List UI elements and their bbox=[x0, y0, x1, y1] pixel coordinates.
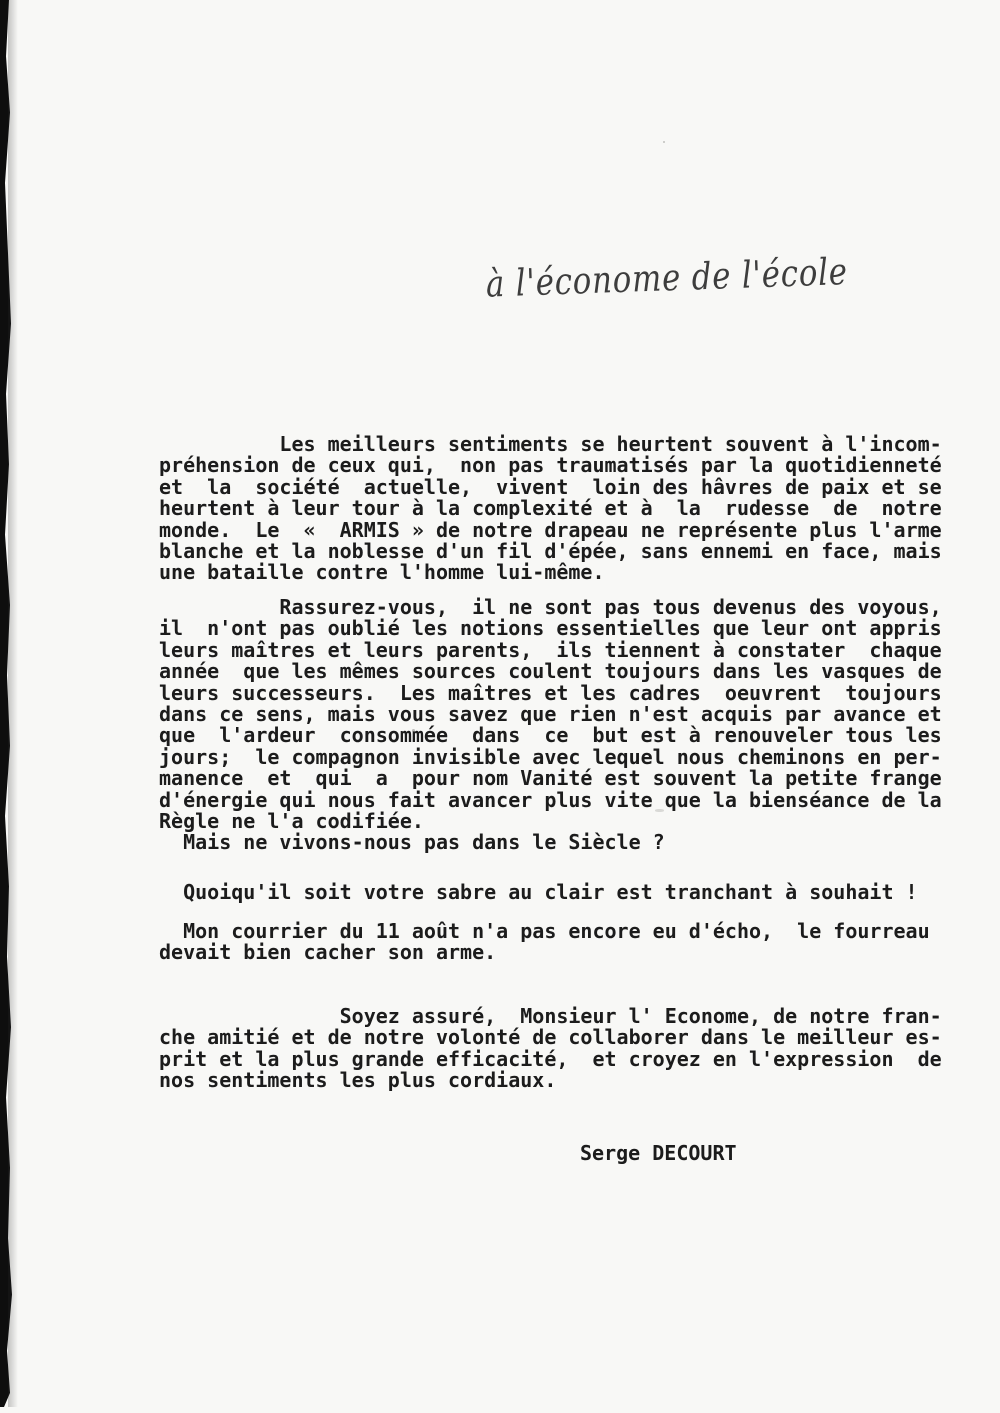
letter-paragraph-1: Les meilleurs sentiments se heurtent sou… bbox=[159, 434, 942, 584]
letter-paragraph-5: Soyez assuré, Monsieur l' Econome, de no… bbox=[159, 1006, 942, 1092]
handwritten-annotation: à l'économe de l'école bbox=[476, 236, 876, 316]
letter-paragraph-2: Rassurez-vous, il ne sont pas tous deven… bbox=[159, 597, 942, 854]
letter-paragraph-3: Quoiqu'il soit votre sabre au clair est … bbox=[159, 882, 918, 903]
letter-paragraph-4: Mon courrier du 11 août n'a pas encore e… bbox=[159, 921, 930, 964]
scan-speck bbox=[655, 809, 664, 812]
signature: Serge DECOURT bbox=[580, 1143, 737, 1164]
scan-speck bbox=[412, 729, 415, 732]
handwritten-note-text: à l'économe de l'école bbox=[485, 250, 848, 306]
scanned-letter-page: à l'économe de l'école Les meilleurs sen… bbox=[0, 0, 1000, 1413]
scan-binding-edge-haze bbox=[8, 0, 18, 1407]
scan-speck bbox=[663, 141, 665, 143]
